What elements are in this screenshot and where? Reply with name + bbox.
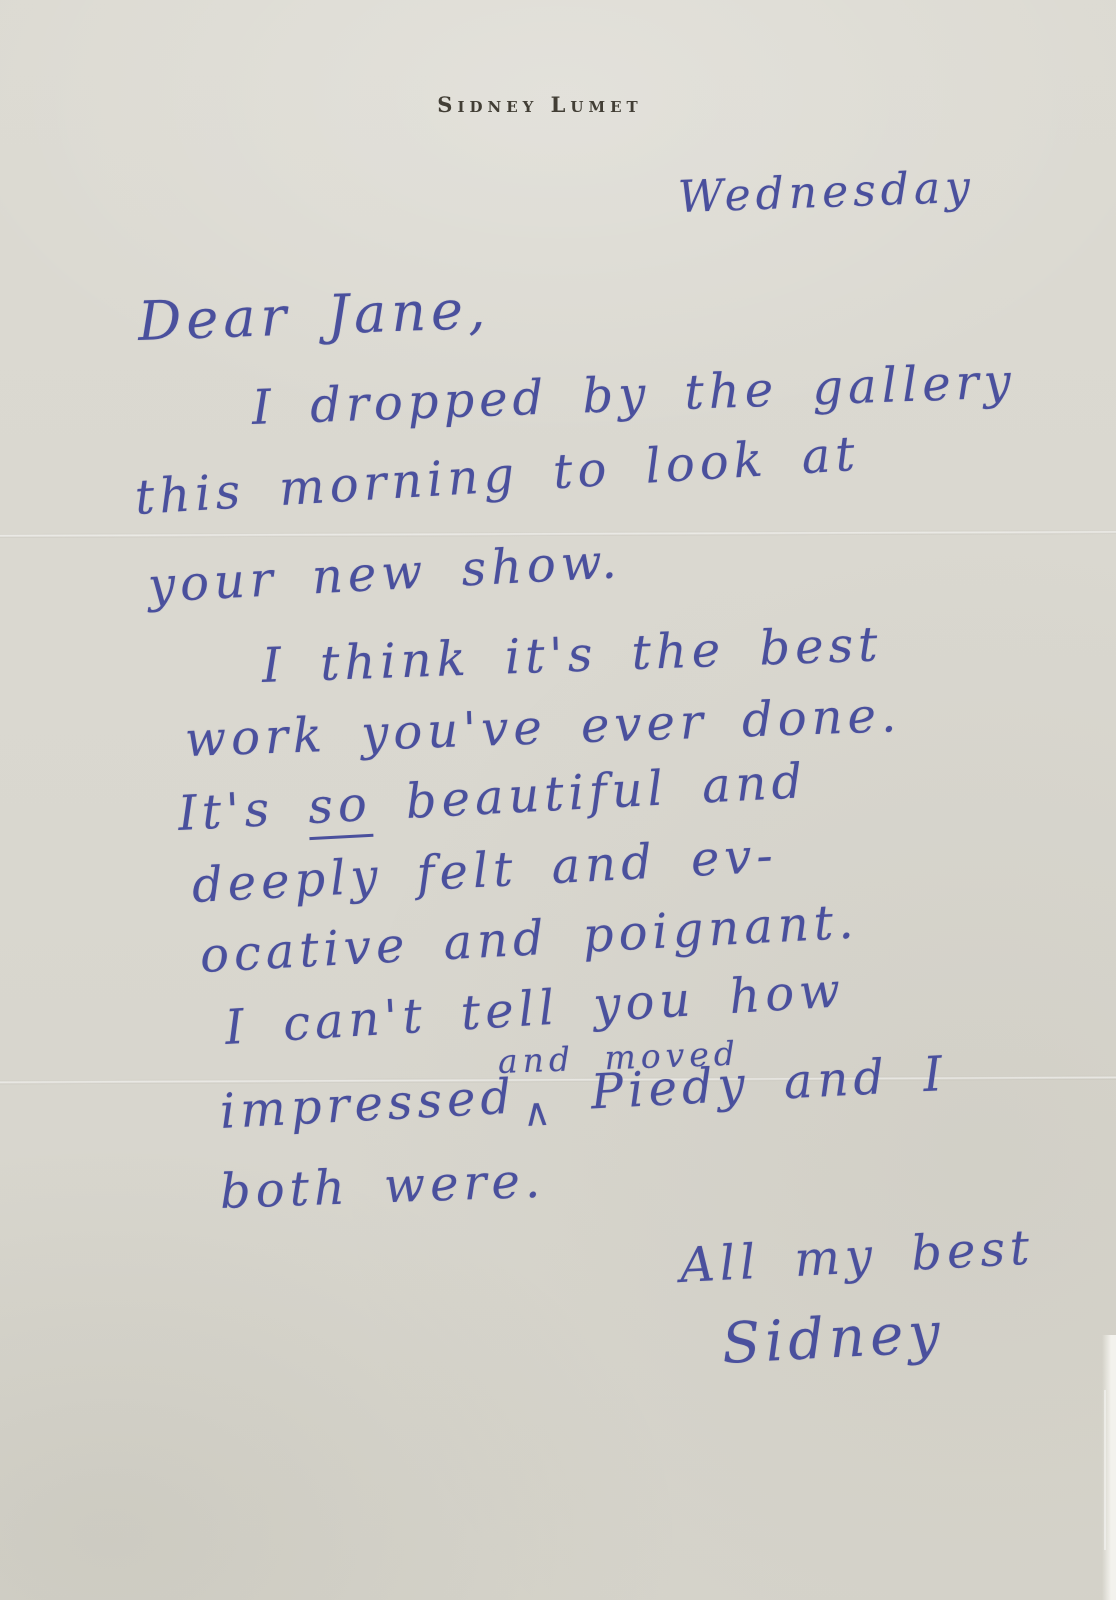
signature: Sidney xyxy=(720,1300,946,1377)
letter-date: Wednesday xyxy=(677,162,976,223)
caret-insertion-mark: ∧ xyxy=(522,1089,557,1135)
underlined-word: so xyxy=(307,776,374,840)
body-line-11: both were. xyxy=(219,1153,546,1220)
paper-edge-highlight xyxy=(1104,1390,1106,1550)
body-line-6: It's so beautiful and xyxy=(177,753,809,842)
letter-scan: Sidney Lumet Wednesday Dear Jane, I drop… xyxy=(0,0,1116,1600)
body-line-6-post: beautiful and xyxy=(370,753,808,832)
body-line-1: I dropped by the gallery xyxy=(251,353,1017,436)
letterhead-name: Sidney Lumet xyxy=(0,92,1080,117)
body-line-4: I think it's the best xyxy=(261,616,883,694)
body-line-2: this morning to look at xyxy=(133,426,861,526)
body-line-7: deeply felt and ev- xyxy=(191,827,779,914)
salutation: Dear Jane, xyxy=(137,278,491,353)
body-line-6-pre: It's xyxy=(177,779,310,842)
closing: All my best xyxy=(679,1219,1036,1293)
body-line-3: your new show. xyxy=(147,533,623,614)
